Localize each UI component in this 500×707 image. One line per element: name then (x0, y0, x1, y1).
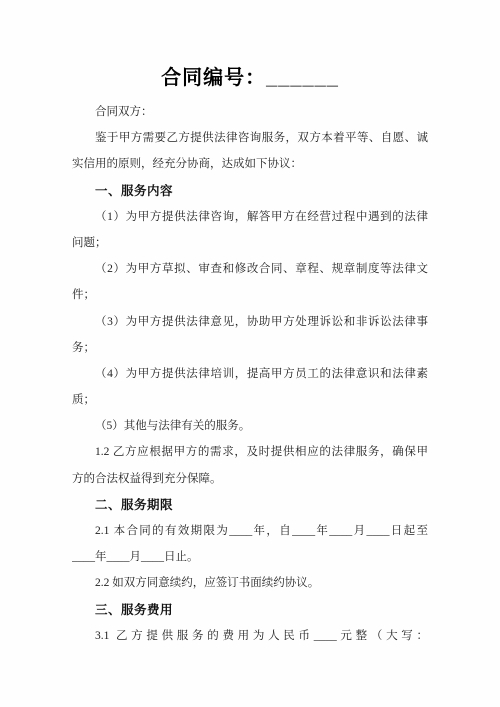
clause-2-2-line: 2.2 如双方同意续约，应签订书面续约协议。 (72, 570, 428, 596)
line-whereas-2: 实信用的原则，经充分协商，达成如下协议： (72, 151, 428, 177)
item-2-line-1: （2）为甲方草拟、审查和修改合同、章程、规章制度等法律文 (72, 256, 428, 282)
section-2-heading: 二、服务期限 (72, 492, 428, 518)
document-page: 合同编号：______ 合同双方： 鉴于甲方需要乙方提供法律咨询服务，双方本着平… (0, 0, 500, 707)
item-4-line-1: （4）为甲方提供法律培训，提高甲方员工的法律意识和法律素 (72, 361, 428, 387)
section-1-heading: 一、服务内容 (72, 178, 428, 204)
clause-1-2-line-1: 1.2 乙方应根据甲方的需求，及时提供相应的法律服务，确保甲 (72, 439, 428, 465)
item-1-line-2: 问题； (72, 230, 428, 256)
line-contract-parties: 合同双方： (72, 99, 428, 125)
item-4-line-2: 质； (72, 387, 428, 413)
item-1-line-1: （1）为甲方提供法律咨询，解答甲方在经营过程中遇到的法律 (72, 204, 428, 230)
clause-2-1-line-1: 2.1 本合同的有效期限为____年，自____年____月____日起至 (72, 518, 428, 544)
item-5-line: （5）其他与法律有关的服务。 (72, 413, 428, 439)
clause-1-2-line-2: 方的合法权益得到充分保障。 (72, 466, 428, 492)
clause-3-1-line: 3.1 乙方提供服务的费用为人民币____元整（大写： (72, 623, 428, 649)
clause-2-1-line-2: ____年____月____日止。 (72, 544, 428, 570)
contract-number-title: 合同编号：______ (72, 63, 428, 93)
section-3-heading: 三、服务费用 (72, 597, 428, 623)
item-2-line-2: 件； (72, 282, 428, 308)
item-3-line-1: （3）为甲方提供法律意见，协助甲方处理诉讼和非诉讼法律事 (72, 309, 428, 335)
line-whereas-1: 鉴于甲方需要乙方提供法律咨询服务，双方本着平等、自愿、诚 (72, 125, 428, 151)
item-3-line-2: 务； (72, 335, 428, 361)
